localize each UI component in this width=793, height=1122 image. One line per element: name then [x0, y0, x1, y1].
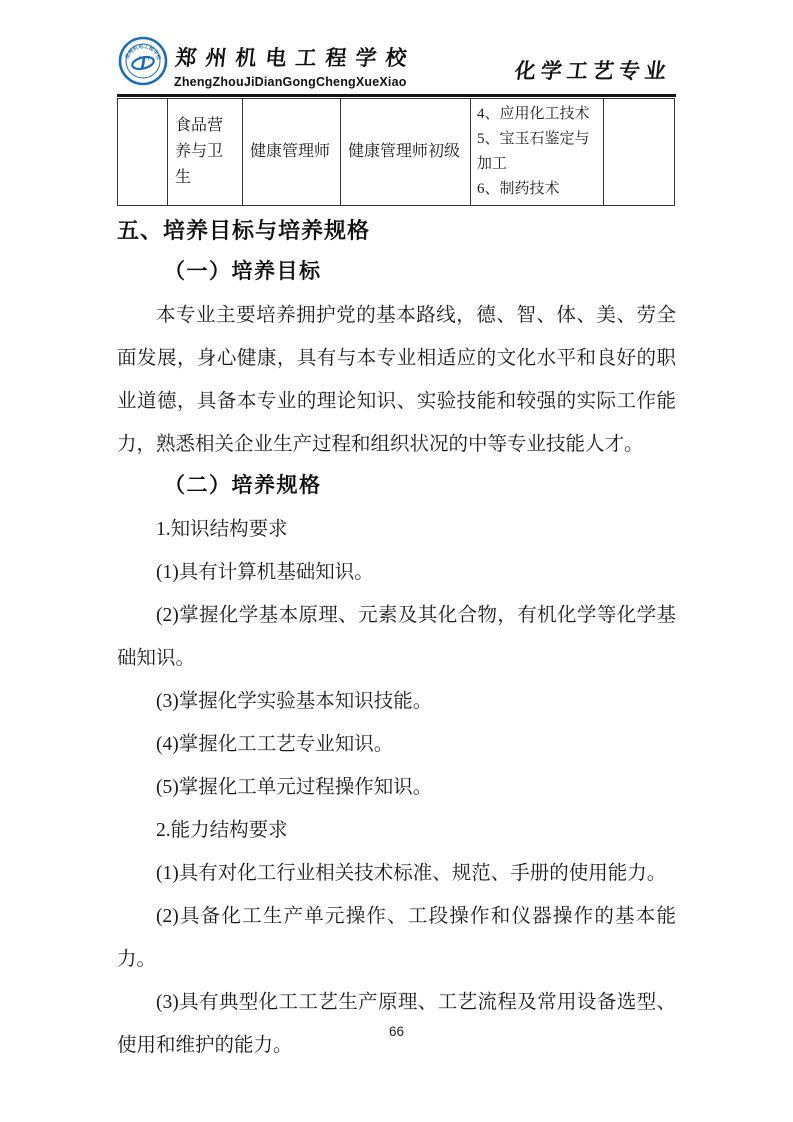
spec-item: (2)掌握化学基本原理、元素及其化合物，有机化学等化学基础知识。 — [117, 594, 676, 680]
major-label: 化学工艺专业 — [513, 55, 673, 85]
page-number: 66 — [0, 1024, 793, 1039]
spec-item: (3)掌握化学实验基本知识技能。 — [117, 680, 676, 723]
svg-text:T: T — [137, 53, 150, 74]
school-emblem-icon: 郑州机电工程学校 T — [118, 36, 168, 86]
related-major-item: 4、应用化工技术 — [477, 102, 598, 127]
spec-item: (2)具备化工生产单元操作、工段操作和仪器操作的基本能力。 — [117, 895, 676, 981]
related-major-item: 6、制药技术 — [477, 177, 598, 202]
table-row: 食品营养与卫生 健康管理师 健康管理师初级 4、应用化工技术 5、宝玉石鉴定与加… — [118, 99, 675, 206]
spec-item: (1)具有计算机基础知识。 — [117, 551, 676, 594]
spec-item: (4)掌握化工工艺专业知识。 — [117, 723, 676, 766]
goal-paragraph: 本专业主要培养拥护党的基本路线，德、智、体、美、劳全面发展，身心健康，具有与本专… — [117, 294, 676, 466]
spec-item: 1.知识结构要求 — [117, 508, 676, 551]
subsection-spec-heading: （二）培养规格 — [117, 468, 676, 502]
qualification-table: 食品营养与卫生 健康管理师 健康管理师初级 4、应用化工技术 5、宝玉石鉴定与加… — [117, 98, 675, 206]
table-cell-certificate: 健康管理师 — [243, 99, 341, 206]
table-cell-related-majors: 4、应用化工技术 5、宝玉石鉴定与加工 6、制药技术 — [471, 99, 604, 206]
school-logo: 郑州机电工程学校 T — [118, 36, 168, 91]
table-cell-empty-left — [118, 99, 168, 206]
spec-item: 2.能力结构要求 — [117, 809, 676, 852]
document-body: 五、培养目标与培养规格 （一）培养目标 本专业主要培养拥护党的基本路线，德、智、… — [117, 216, 676, 1067]
table-cell-certificate-level: 健康管理师初级 — [341, 99, 471, 206]
school-name: 郑州机电工程学校 — [174, 42, 417, 72]
header-rule — [117, 94, 676, 97]
subsection-goal-heading: （一）培养目标 — [117, 254, 676, 288]
table-cell-empty-right — [604, 99, 675, 206]
related-major-item: 5、宝玉石鉴定与加工 — [477, 127, 598, 177]
document-page: 郑州机电工程学校 T 郑州机电工程学校 ZhengZhouJiDianGongC… — [0, 0, 793, 1122]
spec-item: (5)掌握化工单元过程操作知识。 — [117, 766, 676, 809]
table-cell-course: 食品营养与卫生 — [168, 99, 243, 206]
school-pinyin: ZhengZhouJiDianGongChengXueXiao — [174, 75, 414, 89]
spec-item: (1)具有对化工行业相关技术标准、规范、手册的使用能力。 — [117, 852, 676, 895]
section-title: 五、培养目标与培养规格 — [117, 216, 676, 246]
school-title-block: 郑州机电工程学校 ZhengZhouJiDianGongChengXueXiao — [174, 42, 414, 89]
